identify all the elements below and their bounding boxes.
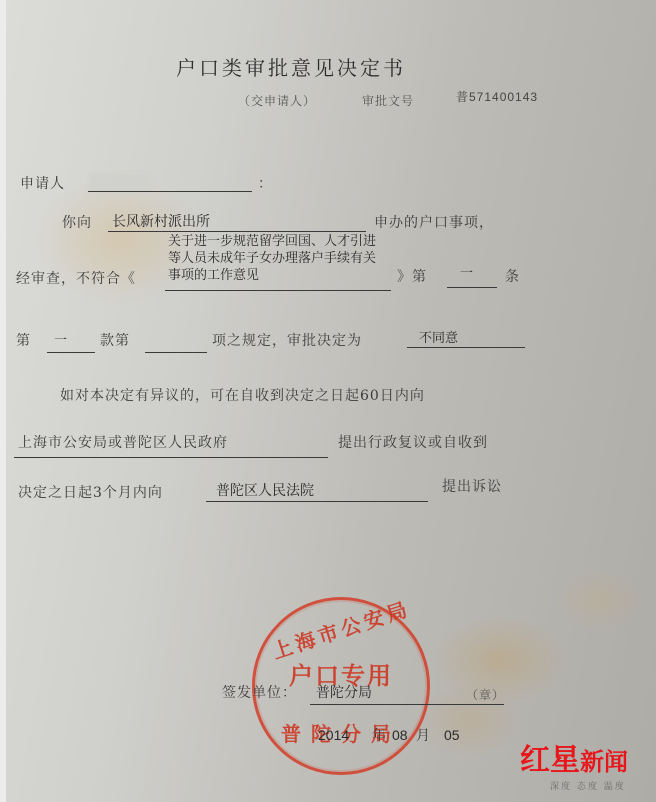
watermark-brand: 红星: [520, 743, 580, 778]
date-year-unit: 年: [372, 725, 387, 745]
watermark-news: 新闻: [580, 747, 628, 776]
review-suffix: 提出行政复议或自收到: [338, 432, 488, 452]
date-month: 08: [392, 727, 408, 743]
decision-underline: [407, 347, 525, 348]
date-day: 05: [444, 727, 460, 743]
issuer-name: 普陀分局: [316, 682, 372, 702]
date-year: 2014: [318, 727, 349, 743]
lawsuit-suffix: 提出诉讼: [442, 476, 502, 496]
applicant-underline: [88, 191, 252, 192]
objection-text: 如对本决定有异议的，可在自收到决定之日起60日内向: [60, 385, 425, 405]
law-name: 关于进一步规范留学回国、人才引进 等人员未成年子女办理落户手续有关 事项的工作意…: [168, 233, 376, 284]
clause-label: 款第: [100, 330, 130, 350]
decision-value: 不同意: [419, 327, 458, 346]
document-title: 户口类审批意见决定书: [176, 52, 406, 81]
paper-edge: [0, 0, 6, 802]
item-suffix: 项之规定，审批决定为: [212, 330, 362, 350]
review-body-underline: [14, 457, 328, 458]
applicant-colon: ：: [258, 173, 273, 193]
date-month-unit: 月: [416, 725, 431, 745]
approval-no: 普571400143: [456, 88, 538, 105]
article-suffix: 条: [505, 266, 520, 286]
seal-note: （章）: [466, 686, 505, 703]
issuer-underline: [310, 704, 504, 705]
approval-no-label: 审批文号: [362, 92, 414, 109]
applicant-label: 申请人: [20, 173, 65, 193]
copy-label: （交申请人）: [238, 92, 316, 109]
court-underline: [206, 501, 428, 502]
watermark-tagline: 深度 态度 温度: [550, 779, 628, 792]
clause-no: 一: [54, 329, 67, 348]
issuer-label: 签发单位：: [222, 682, 297, 702]
item-underline: [145, 352, 207, 353]
to-office: 长风新村派出所: [112, 211, 210, 231]
to-label: 你向: [62, 212, 92, 232]
law-underline: [165, 290, 391, 291]
review-body: 上海市公安局或普陀区人民政府: [18, 432, 228, 452]
lawsuit-prefix: 决定之日起3个月内向: [18, 482, 163, 502]
reviewed-text: 经审查，不符合《: [16, 268, 136, 288]
watermark-logo: 红星新闻 深度 态度 温度: [520, 735, 628, 792]
article-prefix: 》第: [397, 266, 427, 286]
clause-prefix: 第: [16, 330, 31, 350]
article-underline: [447, 287, 497, 288]
court-name: 普陀区人民法院: [216, 480, 314, 500]
applicant-name-redacted: [90, 174, 150, 192]
matter-text: 申办的户口事项，: [374, 212, 494, 232]
office-underline: [108, 231, 366, 232]
article-no: 一: [460, 262, 473, 281]
clause-underline: [47, 352, 95, 353]
